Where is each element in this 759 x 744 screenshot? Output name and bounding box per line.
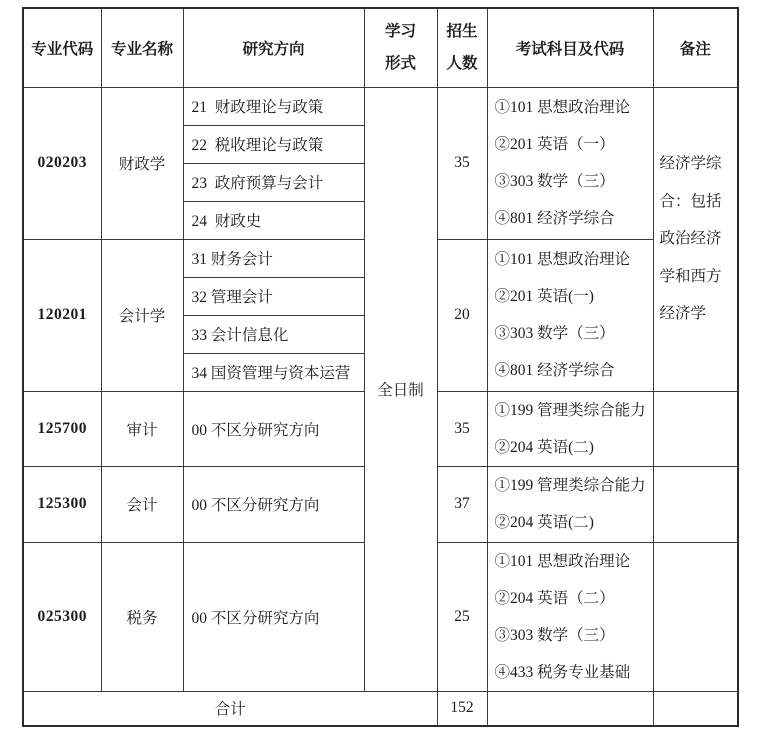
major-code: 120201 [23, 239, 101, 391]
exam-subjects: ①101 思想政治理论 ②204 英语（二） ③303 数学（三） ④433 税… [487, 542, 653, 691]
major-name: 会计 [101, 466, 183, 542]
header-exam-subjects: 考试科目及代码 [487, 8, 653, 87]
header-study-form: 学习 形式 [364, 8, 437, 87]
major-code: 125300 [23, 466, 101, 542]
remark-cell-empty [653, 542, 738, 691]
research-direction: 22 税收理论与政策 [183, 125, 364, 163]
research-direction: 31 财务会计 [183, 239, 364, 277]
major-name: 财政学 [101, 87, 183, 239]
major-name: 会计学 [101, 239, 183, 391]
header-remarks: 备注 [653, 8, 738, 87]
research-direction: 21 财政理论与政策 [183, 87, 364, 125]
enrollment-quota: 25 [437, 542, 487, 691]
header-row: 专业代码 专业名称 研究方向 学习 形式 招生 人数 考试科目及代码 备注 [23, 8, 738, 87]
research-direction: 34 国资管理与资本运营 [183, 353, 364, 391]
header-enrollment-quota: 招生 人数 [437, 8, 487, 87]
exam-subjects: ①199 管理类综合能力 ②204 英语(二) [487, 466, 653, 542]
research-direction: 23 政府预算与会计 [183, 163, 364, 201]
major-code: 020203 [23, 87, 101, 239]
enrollment-quota: 37 [437, 466, 487, 542]
research-direction: 00 不区分研究方向 [183, 391, 364, 466]
enrollment-quota: 35 [437, 391, 487, 466]
remark-cell-empty [653, 466, 738, 542]
research-direction: 32 管理会计 [183, 277, 364, 315]
major-code: 025300 [23, 542, 101, 691]
major-name: 审计 [101, 391, 183, 466]
total-exam-empty [487, 691, 653, 726]
total-remark-empty [653, 691, 738, 726]
total-value: 152 [437, 691, 487, 726]
major-name: 税务 [101, 542, 183, 691]
remark-cell: 经济学综 合：包括 政治经济 学和西方 经济学 [653, 87, 738, 391]
exam-subjects: ①101 思想政治理论 ②201 英语（一） ③303 数学（三） ④801 经… [487, 87, 653, 239]
header-major-name: 专业名称 [101, 8, 183, 87]
header-research-direction: 研究方向 [183, 8, 364, 87]
research-direction: 00 不区分研究方向 [183, 466, 364, 542]
remark-cell-empty [653, 391, 738, 466]
research-direction: 24 财政史 [183, 201, 364, 239]
header-major-code: 专业代码 [23, 8, 101, 87]
enrollment-quota: 35 [437, 87, 487, 239]
major-code: 125700 [23, 391, 101, 466]
research-direction: 00 不区分研究方向 [183, 542, 364, 691]
total-label: 合计 [23, 691, 437, 726]
exam-subjects: ①199 管理类综合能力 ②204 英语(二) [487, 391, 653, 466]
total-row: 合计 152 [23, 691, 738, 726]
enrollment-quota: 20 [437, 239, 487, 391]
exam-subjects: ①101 思想政治理论 ②201 英语(一) ③303 数学（三） ④801 经… [487, 239, 653, 391]
research-direction: 33 会计信息化 [183, 315, 364, 353]
admissions-table: 专业代码 专业名称 研究方向 学习 形式 招生 人数 考试科目及代码 备注 02… [22, 7, 739, 727]
study-form-cell: 全日制 [364, 87, 437, 691]
table-row: 020203 财政学 21 财政理论与政策 全日制 35 ①101 思想政治理论… [23, 87, 738, 125]
